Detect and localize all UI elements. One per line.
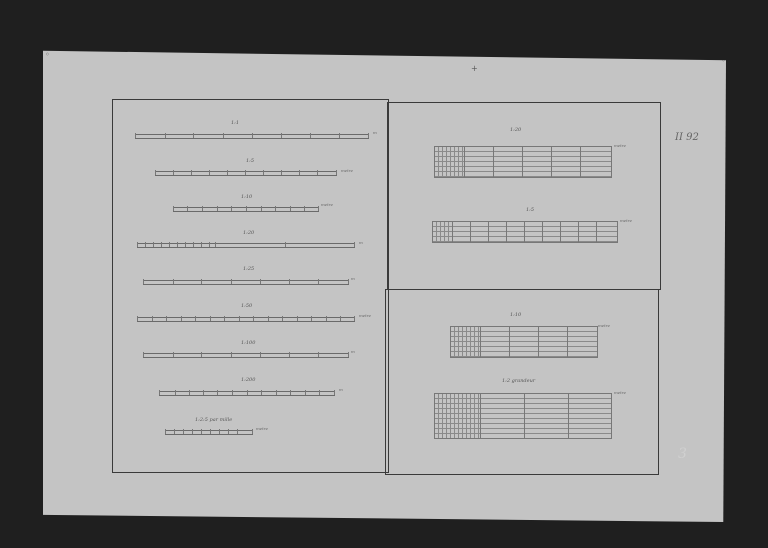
scale-unit: metre [256, 426, 268, 431]
scale-label: 1:10 [510, 312, 521, 318]
right-top-panel: 1:20 metre 1:5 metre [387, 102, 661, 290]
scale-unit: m [373, 130, 377, 135]
scale-label: 1:1 [231, 120, 239, 126]
grid-scale [434, 393, 612, 439]
scale-unit: metre [341, 168, 353, 173]
corner-annotation: 3 [678, 446, 687, 462]
grid-scale [432, 221, 618, 243]
scale-label: 1:5 [526, 207, 534, 213]
scale-unit: metre [614, 390, 626, 395]
center-mark: + [471, 64, 478, 73]
grid-scale [450, 326, 598, 358]
right-bottom-panel: 1:10 metre 1:2 grandeur metre [385, 289, 659, 475]
scale-label: 1:2 grandeur [502, 378, 535, 384]
scale-bar [143, 280, 349, 285]
scale-label: 1:10 [241, 194, 252, 200]
left-panel: 1:1 m 1:5 metre 1:10 metre 1:20 m 1:25 m… [112, 99, 389, 473]
pin-mark: ◦ [45, 50, 50, 59]
scale-label: 1:50 [241, 303, 252, 309]
drawing-sheet: ◦ + ◦ 1:1 m 1:5 metre 1:10 metre 1:20 m … [43, 46, 726, 522]
scale-bar [155, 171, 337, 176]
scale-bar [165, 430, 253, 435]
scale-label: 1:20 [510, 127, 521, 133]
scale-bar [137, 243, 355, 248]
scale-unit: m [359, 240, 363, 245]
scale-unit: metre [598, 323, 610, 328]
scale-unit: metre [620, 218, 632, 223]
scale-label: 1:2:5 par mille [195, 417, 232, 423]
scale-unit: m [339, 387, 343, 392]
scale-label: 1:20 [243, 230, 254, 236]
scale-bar [135, 134, 369, 139]
grid-scale [434, 146, 612, 178]
scale-bar [137, 317, 355, 322]
scale-unit: m [351, 349, 355, 354]
pin-mark: ◦ [721, 56, 726, 65]
scale-unit: metre [614, 143, 626, 148]
scale-bar [143, 353, 349, 358]
scale-label: 1:200 [241, 377, 255, 383]
scale-label: 1:100 [241, 340, 255, 346]
scale-unit: metre [321, 202, 333, 207]
sheet-number-annotation: II 92 [675, 132, 699, 143]
scale-unit: m [351, 276, 355, 281]
scale-bar [159, 391, 335, 396]
scale-label: 1:5 [246, 158, 254, 164]
scale-bar [173, 207, 319, 212]
scale-label: 1:25 [243, 266, 254, 272]
scale-unit: metre [359, 313, 371, 318]
